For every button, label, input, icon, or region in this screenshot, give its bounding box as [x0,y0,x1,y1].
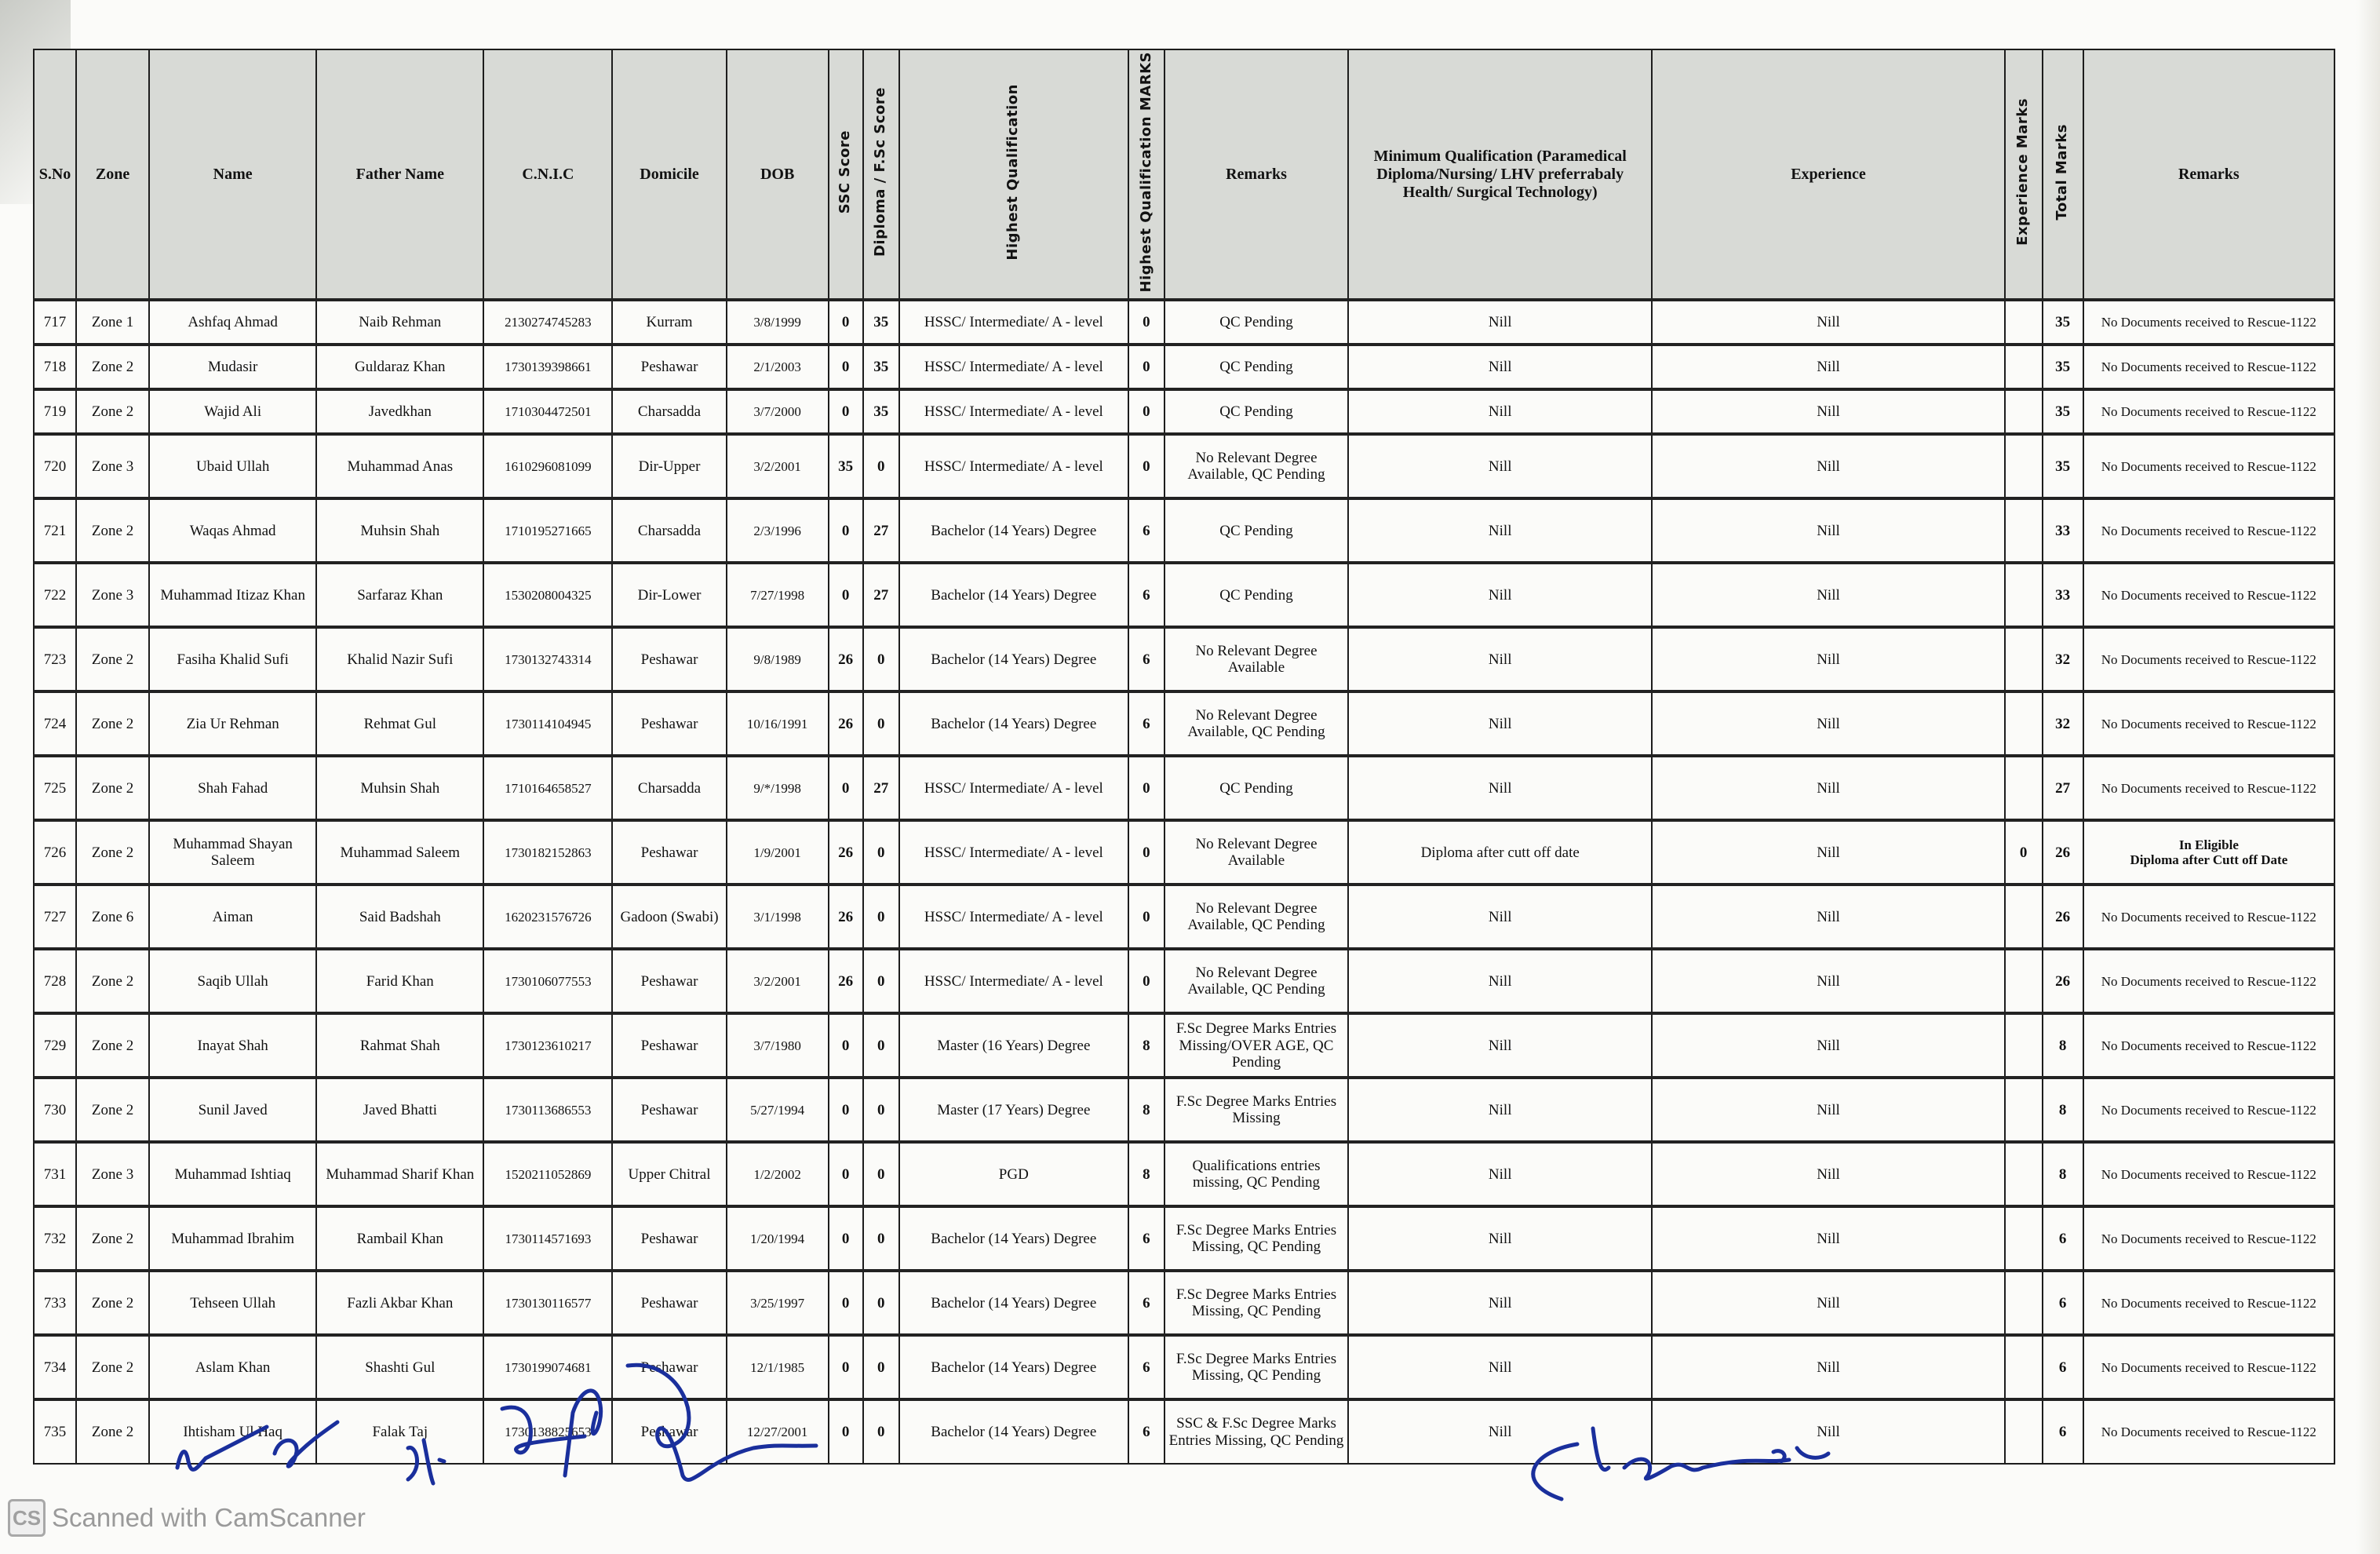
cell-dob: 12/1/1985 [727,1335,829,1399]
cell-minimum-qualification: Nill [1348,627,1652,691]
cell-final-remarks: No Documents received to Rescue-1122 [2083,563,2334,627]
cell-highest-qualification: Master (16 Years) Degree [899,1013,1128,1078]
cell-total-marks: 6 [2043,1335,2083,1399]
cell-total-marks: 8 [2043,1013,2083,1078]
cell-diploma-fsc-score: 0 [863,1206,899,1271]
cell-father-name: Muhsin Shah [316,756,483,820]
cell-experience: Nill [1652,498,2004,563]
cell-minimum-qualification: Nill [1348,1399,1652,1464]
cell-total-marks: 8 [2043,1142,2083,1206]
cell-diploma-fsc-score: 35 [863,345,899,389]
cell-zone: Zone 2 [76,1335,149,1399]
cell-domicile: Charsadda [612,389,726,434]
cell-father-name: Javedkhan [316,389,483,434]
cell-experience-marks [2005,1013,2043,1078]
cell-remarks: F.Sc Degree Marks Entries Missing/OVER A… [1164,1013,1348,1078]
cell-total-marks: 35 [2043,389,2083,434]
cell-minimum-qualification: Nill [1348,1013,1652,1078]
cell-sno: 718 [34,345,76,389]
cell-experience: Nill [1652,1399,2004,1464]
cell-domicile: Charsadda [612,498,726,563]
cell-highest-qualification: HSSC/ Intermediate/ A - level [899,756,1128,820]
cell-name: Muhammad Itizaz Khan [149,563,316,627]
cell-remarks: F.Sc Degree Marks Entries Missing, QC Pe… [1164,1206,1348,1271]
cell-highest-qualification: HSSC/ Intermediate/ A - level [899,434,1128,498]
cell-remarks: No Relevant Degree Available, QC Pending [1164,434,1348,498]
cell-ssc-score: 0 [829,563,863,627]
cell-name: Saqib Ullah [149,949,316,1013]
cell-total-marks: 35 [2043,434,2083,498]
cell-ssc-score: 0 [829,345,863,389]
cell-dob: 1/2/2002 [727,1142,829,1206]
cell-experience: Nill [1652,1206,2004,1271]
cell-name: Inayat Shah [149,1013,316,1078]
cell-cnic: 1710195271665 [483,498,612,563]
cell-remarks: No Relevant Degree Available, QC Pending [1164,949,1348,1013]
cell-zone: Zone 3 [76,1142,149,1206]
cell-total-marks: 33 [2043,498,2083,563]
cell-cnic: 1620231576726 [483,885,612,949]
cell-final-remarks: No Documents received to Rescue-1122 [2083,691,2334,756]
cell-total-marks: 32 [2043,627,2083,691]
cell-highest-qualification-marks: 6 [1128,1271,1164,1335]
cell-final-remarks: No Documents received to Rescue-1122 [2083,434,2334,498]
cell-experience-marks [2005,627,2043,691]
header-experience: Experience [1652,49,2004,300]
cell-experience: Nill [1652,820,2004,885]
cell-total-marks: 35 [2043,345,2083,389]
cell-experience: Nill [1652,1142,2004,1206]
cell-diploma-fsc-score: 27 [863,498,899,563]
cell-remarks: No Relevant Degree Available [1164,627,1348,691]
cell-father-name: Javed Bhatti [316,1078,483,1142]
cell-zone: Zone 3 [76,434,149,498]
cell-final-remarks: No Documents received to Rescue-1122 [2083,1013,2334,1078]
cell-diploma-fsc-score: 0 [863,820,899,885]
cell-experience-marks: 0 [2005,820,2043,885]
cell-cnic: 1530208004325 [483,563,612,627]
cell-experience-marks [2005,1142,2043,1206]
cell-father-name: Rambail Khan [316,1206,483,1271]
cell-highest-qualification-marks: 8 [1128,1142,1164,1206]
header-name: Name [149,49,316,300]
cell-zone: Zone 2 [76,345,149,389]
cell-minimum-qualification: Nill [1348,949,1652,1013]
header-ssc-score-label: SSC Score [837,130,854,213]
cell-name: Ihtisham Ul Haq [149,1399,316,1464]
cell-experience-marks [2005,1271,2043,1335]
cell-dob: 1/20/1994 [727,1206,829,1271]
cell-highest-qualification: PGD [899,1142,1128,1206]
cell-father-name: Shashti Gul [316,1335,483,1399]
cell-highest-qualification-marks: 0 [1128,949,1164,1013]
cell-highest-qualification-marks: 0 [1128,885,1164,949]
cell-highest-qualification-marks: 6 [1128,627,1164,691]
cell-experience: Nill [1652,300,2004,345]
cell-domicile: Kurram [612,300,726,345]
cell-father-name: Fazli Akbar Khan [316,1271,483,1335]
cell-cnic: 1730132743314 [483,627,612,691]
table-row: 719Zone 2Wajid AliJavedkhan1710304472501… [34,389,2334,434]
cell-name: Tehseen Ullah [149,1271,316,1335]
cell-ssc-score: 0 [829,1271,863,1335]
cell-cnic: 1730123610217 [483,1013,612,1078]
cell-cnic: 1710164658527 [483,756,612,820]
cell-zone: Zone 2 [76,498,149,563]
cell-ssc-score: 0 [829,1399,863,1464]
cell-total-marks: 8 [2043,1078,2083,1142]
cell-name: Aslam Khan [149,1335,316,1399]
cell-final-remarks: No Documents received to Rescue-1122 [2083,885,2334,949]
page-edge [2356,0,2380,1554]
cell-minimum-qualification: Nill [1348,345,1652,389]
cell-father-name: Falak Taj [316,1399,483,1464]
cell-final-remarks: No Documents received to Rescue-1122 [2083,1271,2334,1335]
cell-experience: Nill [1652,345,2004,389]
cell-total-marks: 26 [2043,949,2083,1013]
cell-cnic: 1730130116577 [483,1271,612,1335]
cell-experience: Nill [1652,885,2004,949]
cell-experience: Nill [1652,627,2004,691]
cell-remarks: No Relevant Degree Available, QC Pending [1164,691,1348,756]
cell-minimum-qualification: Nill [1348,434,1652,498]
cell-minimum-qualification: Nill [1348,1142,1652,1206]
cell-total-marks: 26 [2043,885,2083,949]
cell-ssc-score: 0 [829,1078,863,1142]
cell-experience-marks [2005,498,2043,563]
cell-experience-marks [2005,1335,2043,1399]
cell-minimum-qualification: Nill [1348,498,1652,563]
table-row: 735Zone 2Ihtisham Ul HaqFalak Taj1730138… [34,1399,2334,1464]
cell-final-remarks: No Documents received to Rescue-1122 [2083,389,2334,434]
cell-minimum-qualification: Nill [1348,1206,1652,1271]
header-father-name: Father Name [316,49,483,300]
cell-name: Shah Fahad [149,756,316,820]
cell-dob: 3/2/2001 [727,949,829,1013]
header-minimum-qualification: Minimum Qualification (Paramedical Diplo… [1348,49,1652,300]
cell-sno: 721 [34,498,76,563]
cell-sno: 717 [34,300,76,345]
cell-father-name: Farid Khan [316,949,483,1013]
cell-father-name: Muhsin Shah [316,498,483,563]
cell-final-remarks: No Documents received to Rescue-1122 [2083,949,2334,1013]
cell-total-marks: 33 [2043,563,2083,627]
cell-name: Ashfaq Ahmad [149,300,316,345]
cell-father-name: Naib Rehman [316,300,483,345]
table-row: 733Zone 2Tehseen UllahFazli Akbar Khan17… [34,1271,2334,1335]
cell-experience: Nill [1652,949,2004,1013]
cell-dob: 9/*/1998 [727,756,829,820]
cell-remarks: Qualifications entries missing, QC Pendi… [1164,1142,1348,1206]
cell-minimum-qualification: Nill [1348,691,1652,756]
cell-zone: Zone 2 [76,1206,149,1271]
cell-cnic: 1730138825653 [483,1399,612,1464]
cell-domicile: Peshawar [612,1399,726,1464]
cell-final-remarks: No Documents received to Rescue-1122 [2083,1335,2334,1399]
header-experience-marks-label: Experience Marks [2015,98,2032,246]
cell-remarks: QC Pending [1164,498,1348,563]
cell-highest-qualification-marks: 6 [1128,1335,1164,1399]
cell-total-marks: 32 [2043,691,2083,756]
cell-highest-qualification-marks: 0 [1128,389,1164,434]
cell-total-marks: 26 [2043,820,2083,885]
cell-minimum-qualification: Nill [1348,1335,1652,1399]
header-cnic: C.N.I.C [483,49,612,300]
cell-dob: 1/9/2001 [727,820,829,885]
cell-highest-qualification: Bachelor (14 Years) Degree [899,691,1128,756]
cell-sno: 729 [34,1013,76,1078]
cell-highest-qualification: HSSC/ Intermediate/ A - level [899,389,1128,434]
cell-highest-qualification: Bachelor (14 Years) Degree [899,1271,1128,1335]
cell-experience: Nill [1652,1271,2004,1335]
cell-sno: 720 [34,434,76,498]
cell-dob: 3/8/1999 [727,300,829,345]
cell-final-remarks: No Documents received to Rescue-1122 [2083,1078,2334,1142]
cell-sno: 731 [34,1142,76,1206]
cell-experience-marks [2005,563,2043,627]
cell-diploma-fsc-score: 0 [863,627,899,691]
cell-highest-qualification-marks: 0 [1128,345,1164,389]
cell-remarks: QC Pending [1164,756,1348,820]
table-row: 720Zone 3Ubaid UllahMuhammad Anas1610296… [34,434,2334,498]
cell-sno: 732 [34,1206,76,1271]
cell-zone: Zone 2 [76,820,149,885]
cell-experience: Nill [1652,1078,2004,1142]
cell-highest-qualification: Bachelor (14 Years) Degree [899,1206,1128,1271]
cell-dob: 10/16/1991 [727,691,829,756]
cell-final-remarks: No Documents received to Rescue-1122 [2083,1206,2334,1271]
cell-experience: Nill [1652,1013,2004,1078]
cell-domicile: Peshawar [612,1078,726,1142]
cell-domicile: Peshawar [612,1335,726,1399]
cell-name: Zia Ur Rehman [149,691,316,756]
cell-diploma-fsc-score: 0 [863,691,899,756]
cell-experience-marks [2005,756,2043,820]
cell-remarks: QC Pending [1164,389,1348,434]
cell-highest-qualification-marks: 6 [1128,563,1164,627]
cell-sno: 726 [34,820,76,885]
header-diploma-fsc-score: Diploma / F.Sc Score [863,49,899,300]
cell-domicile: Peshawar [612,627,726,691]
cell-ssc-score: 0 [829,1013,863,1078]
cell-sno: 733 [34,1271,76,1335]
cell-dob: 3/1/1998 [727,885,829,949]
cell-cnic: 1710304472501 [483,389,612,434]
cell-ssc-score: 26 [829,627,863,691]
cell-highest-qualification-marks: 0 [1128,434,1164,498]
table-header-row: S.No Zone Name Father Name C.N.I.C Domic… [34,49,2334,300]
cell-father-name: Muhammad Saleem [316,820,483,885]
cell-diploma-fsc-score: 0 [863,1271,899,1335]
cell-total-marks: 35 [2043,300,2083,345]
table-row: 729Zone 2Inayat ShahRahmat Shah173012361… [34,1013,2334,1078]
cell-diploma-fsc-score: 0 [863,949,899,1013]
table-row: 722Zone 3Muhammad Itizaz KhanSarfaraz Kh… [34,563,2334,627]
cell-remarks: No Relevant Degree Available [1164,820,1348,885]
cell-name: Waqas Ahmad [149,498,316,563]
cell-sno: 719 [34,389,76,434]
cell-diploma-fsc-score: 0 [863,1078,899,1142]
cell-domicile: Peshawar [612,1013,726,1078]
cell-minimum-qualification: Nill [1348,1271,1652,1335]
cell-highest-qualification: Bachelor (14 Years) Degree [899,627,1128,691]
cell-experience-marks [2005,1206,2043,1271]
cell-highest-qualification: Bachelor (14 Years) Degree [899,1335,1128,1399]
table-row: 723Zone 2Fasiha Khalid SufiKhalid Nazir … [34,627,2334,691]
cell-final-remarks: No Documents received to Rescue-1122 [2083,1399,2334,1464]
cell-final-remarks: No Documents received to Rescue-1122 [2083,1142,2334,1206]
cell-cnic: 1730113686553 [483,1078,612,1142]
cell-highest-qualification-marks: 0 [1128,756,1164,820]
cell-domicile: Peshawar [612,691,726,756]
cell-sno: 723 [34,627,76,691]
cell-minimum-qualification: Nill [1348,300,1652,345]
cell-zone: Zone 6 [76,885,149,949]
cell-highest-qualification: Bachelor (14 Years) Degree [899,1399,1128,1464]
cell-final-remarks: No Documents received to Rescue-1122 [2083,756,2334,820]
cell-remarks: F.Sc Degree Marks Entries Missing [1164,1078,1348,1142]
cell-zone: Zone 2 [76,756,149,820]
header-ssc-score: SSC Score [829,49,863,300]
header-highest-qualification-marks: Highest Qualification MARKS [1128,49,1164,300]
cell-diploma-fsc-score: 35 [863,300,899,345]
cell-zone: Zone 1 [76,300,149,345]
cell-sno: 734 [34,1335,76,1399]
table-body: 717Zone 1Ashfaq AhmadNaib Rehman21302747… [34,300,2334,1464]
cell-zone: Zone 3 [76,563,149,627]
cell-diploma-fsc-score: 27 [863,756,899,820]
cell-dob: 3/2/2001 [727,434,829,498]
cell-diploma-fsc-score: 0 [863,1013,899,1078]
cell-ssc-score: 26 [829,820,863,885]
cell-name: Sunil Javed [149,1078,316,1142]
cell-sno: 724 [34,691,76,756]
cell-cnic: 1730114104945 [483,691,612,756]
cell-father-name: Rehmat Gul [316,691,483,756]
table-row: 734Zone 2Aslam KhanShashti Gul1730199074… [34,1335,2334,1399]
cell-highest-qualification-marks: 0 [1128,300,1164,345]
cell-father-name: Sarfaraz Khan [316,563,483,627]
header-total-marks-label: Total Marks [2054,124,2071,221]
cell-dob: 5/27/1994 [727,1078,829,1142]
cell-minimum-qualification: Diploma after cutt off date [1348,820,1652,885]
cell-cnic: 1730106077553 [483,949,612,1013]
table-row: 721Zone 2Waqas AhmadMuhsin Shah171019527… [34,498,2334,563]
cell-ssc-score: 0 [829,1335,863,1399]
table-row: 726Zone 2Muhammad Shayan SaleemMuhammad … [34,820,2334,885]
cell-remarks: QC Pending [1164,345,1348,389]
cell-minimum-qualification: Nill [1348,389,1652,434]
cell-minimum-qualification: Nill [1348,1078,1652,1142]
cell-dob: 9/8/1989 [727,627,829,691]
cell-total-marks: 27 [2043,756,2083,820]
cell-domicile: Peshawar [612,1271,726,1335]
cell-highest-qualification: Bachelor (14 Years) Degree [899,498,1128,563]
cell-highest-qualification-marks: 8 [1128,1013,1164,1078]
cell-zone: Zone 2 [76,1271,149,1335]
cell-highest-qualification: Master (17 Years) Degree [899,1078,1128,1142]
camscanner-logo-icon: CS [8,1499,46,1537]
header-highest-qualification-label: Highest Qualification [1005,84,1022,261]
cell-name: Fasiha Khalid Sufi [149,627,316,691]
header-remarks: Remarks [1164,49,1348,300]
cell-ssc-score: 0 [829,300,863,345]
cell-minimum-qualification: Nill [1348,885,1652,949]
cell-cnic: 1730199074681 [483,1335,612,1399]
cell-ssc-score: 0 [829,1142,863,1206]
cell-father-name: Said Badshah [316,885,483,949]
cell-dob: 3/25/1997 [727,1271,829,1335]
cell-name: Wajid Ali [149,389,316,434]
candidate-marks-table: S.No Zone Name Father Name C.N.I.C Domic… [33,49,2335,1465]
header-highest-qualification: Highest Qualification [899,49,1128,300]
cell-dob: 3/7/1980 [727,1013,829,1078]
cell-ssc-score: 26 [829,691,863,756]
cell-ssc-score: 35 [829,434,863,498]
cell-diploma-fsc-score: 0 [863,1142,899,1206]
cell-father-name: Rahmat Shah [316,1013,483,1078]
cell-total-marks: 6 [2043,1271,2083,1335]
cell-experience-marks [2005,389,2043,434]
cell-highest-qualification-marks: 6 [1128,1399,1164,1464]
cell-name: Muhammad Ibrahim [149,1206,316,1271]
cell-highest-qualification: Bachelor (14 Years) Degree [899,563,1128,627]
cell-experience: Nill [1652,563,2004,627]
table-row: 724Zone 2Zia Ur RehmanRehmat Gul17301141… [34,691,2334,756]
cell-total-marks: 6 [2043,1206,2083,1271]
header-diploma-fsc-score-label: Diploma / F.Sc Score [873,87,889,257]
header-total-marks: Total Marks [2043,49,2083,300]
cell-remarks: QC Pending [1164,300,1348,345]
cell-remarks: No Relevant Degree Available, QC Pending [1164,885,1348,949]
cell-experience-marks [2005,1078,2043,1142]
cell-diploma-fsc-score: 0 [863,434,899,498]
cell-dob: 7/27/1998 [727,563,829,627]
cell-final-remarks: No Documents received to Rescue-1122 [2083,300,2334,345]
cell-ssc-score: 26 [829,949,863,1013]
cell-minimum-qualification: Nill [1348,563,1652,627]
cell-cnic: 2130274745283 [483,300,612,345]
scanner-watermark: CS Scanned with CamScanner [8,1499,366,1537]
cell-name: Muhammad Ishtiaq [149,1142,316,1206]
cell-ssc-score: 0 [829,498,863,563]
cell-diploma-fsc-score: 35 [863,389,899,434]
cell-dob: 12/27/2001 [727,1399,829,1464]
cell-ssc-score: 0 [829,756,863,820]
cell-father-name: Muhammad Anas [316,434,483,498]
cell-father-name: Guldaraz Khan [316,345,483,389]
table-row: 730Zone 2Sunil JavedJaved Bhatti17301136… [34,1078,2334,1142]
cell-domicile: Charsadda [612,756,726,820]
cell-ssc-score: 26 [829,885,863,949]
cell-highest-qualification: HSSC/ Intermediate/ A - level [899,820,1128,885]
cell-cnic: 1730182152863 [483,820,612,885]
cell-zone: Zone 2 [76,1399,149,1464]
cell-experience: Nill [1652,434,2004,498]
cell-total-marks: 6 [2043,1399,2083,1464]
cell-highest-qualification: HSSC/ Intermediate/ A - level [899,949,1128,1013]
cell-domicile: Peshawar [612,820,726,885]
cell-sno: 735 [34,1399,76,1464]
header-final-remarks: Remarks [2083,49,2334,300]
cell-final-remarks: No Documents received to Rescue-1122 [2083,627,2334,691]
cell-experience-marks [2005,1399,2043,1464]
cell-sno: 722 [34,563,76,627]
cell-highest-qualification: HSSC/ Intermediate/ A - level [899,885,1128,949]
header-dob: DOB [727,49,829,300]
cell-highest-qualification-marks: 0 [1128,820,1164,885]
table-row: 718Zone 2MudasirGuldaraz Khan17301393986… [34,345,2334,389]
